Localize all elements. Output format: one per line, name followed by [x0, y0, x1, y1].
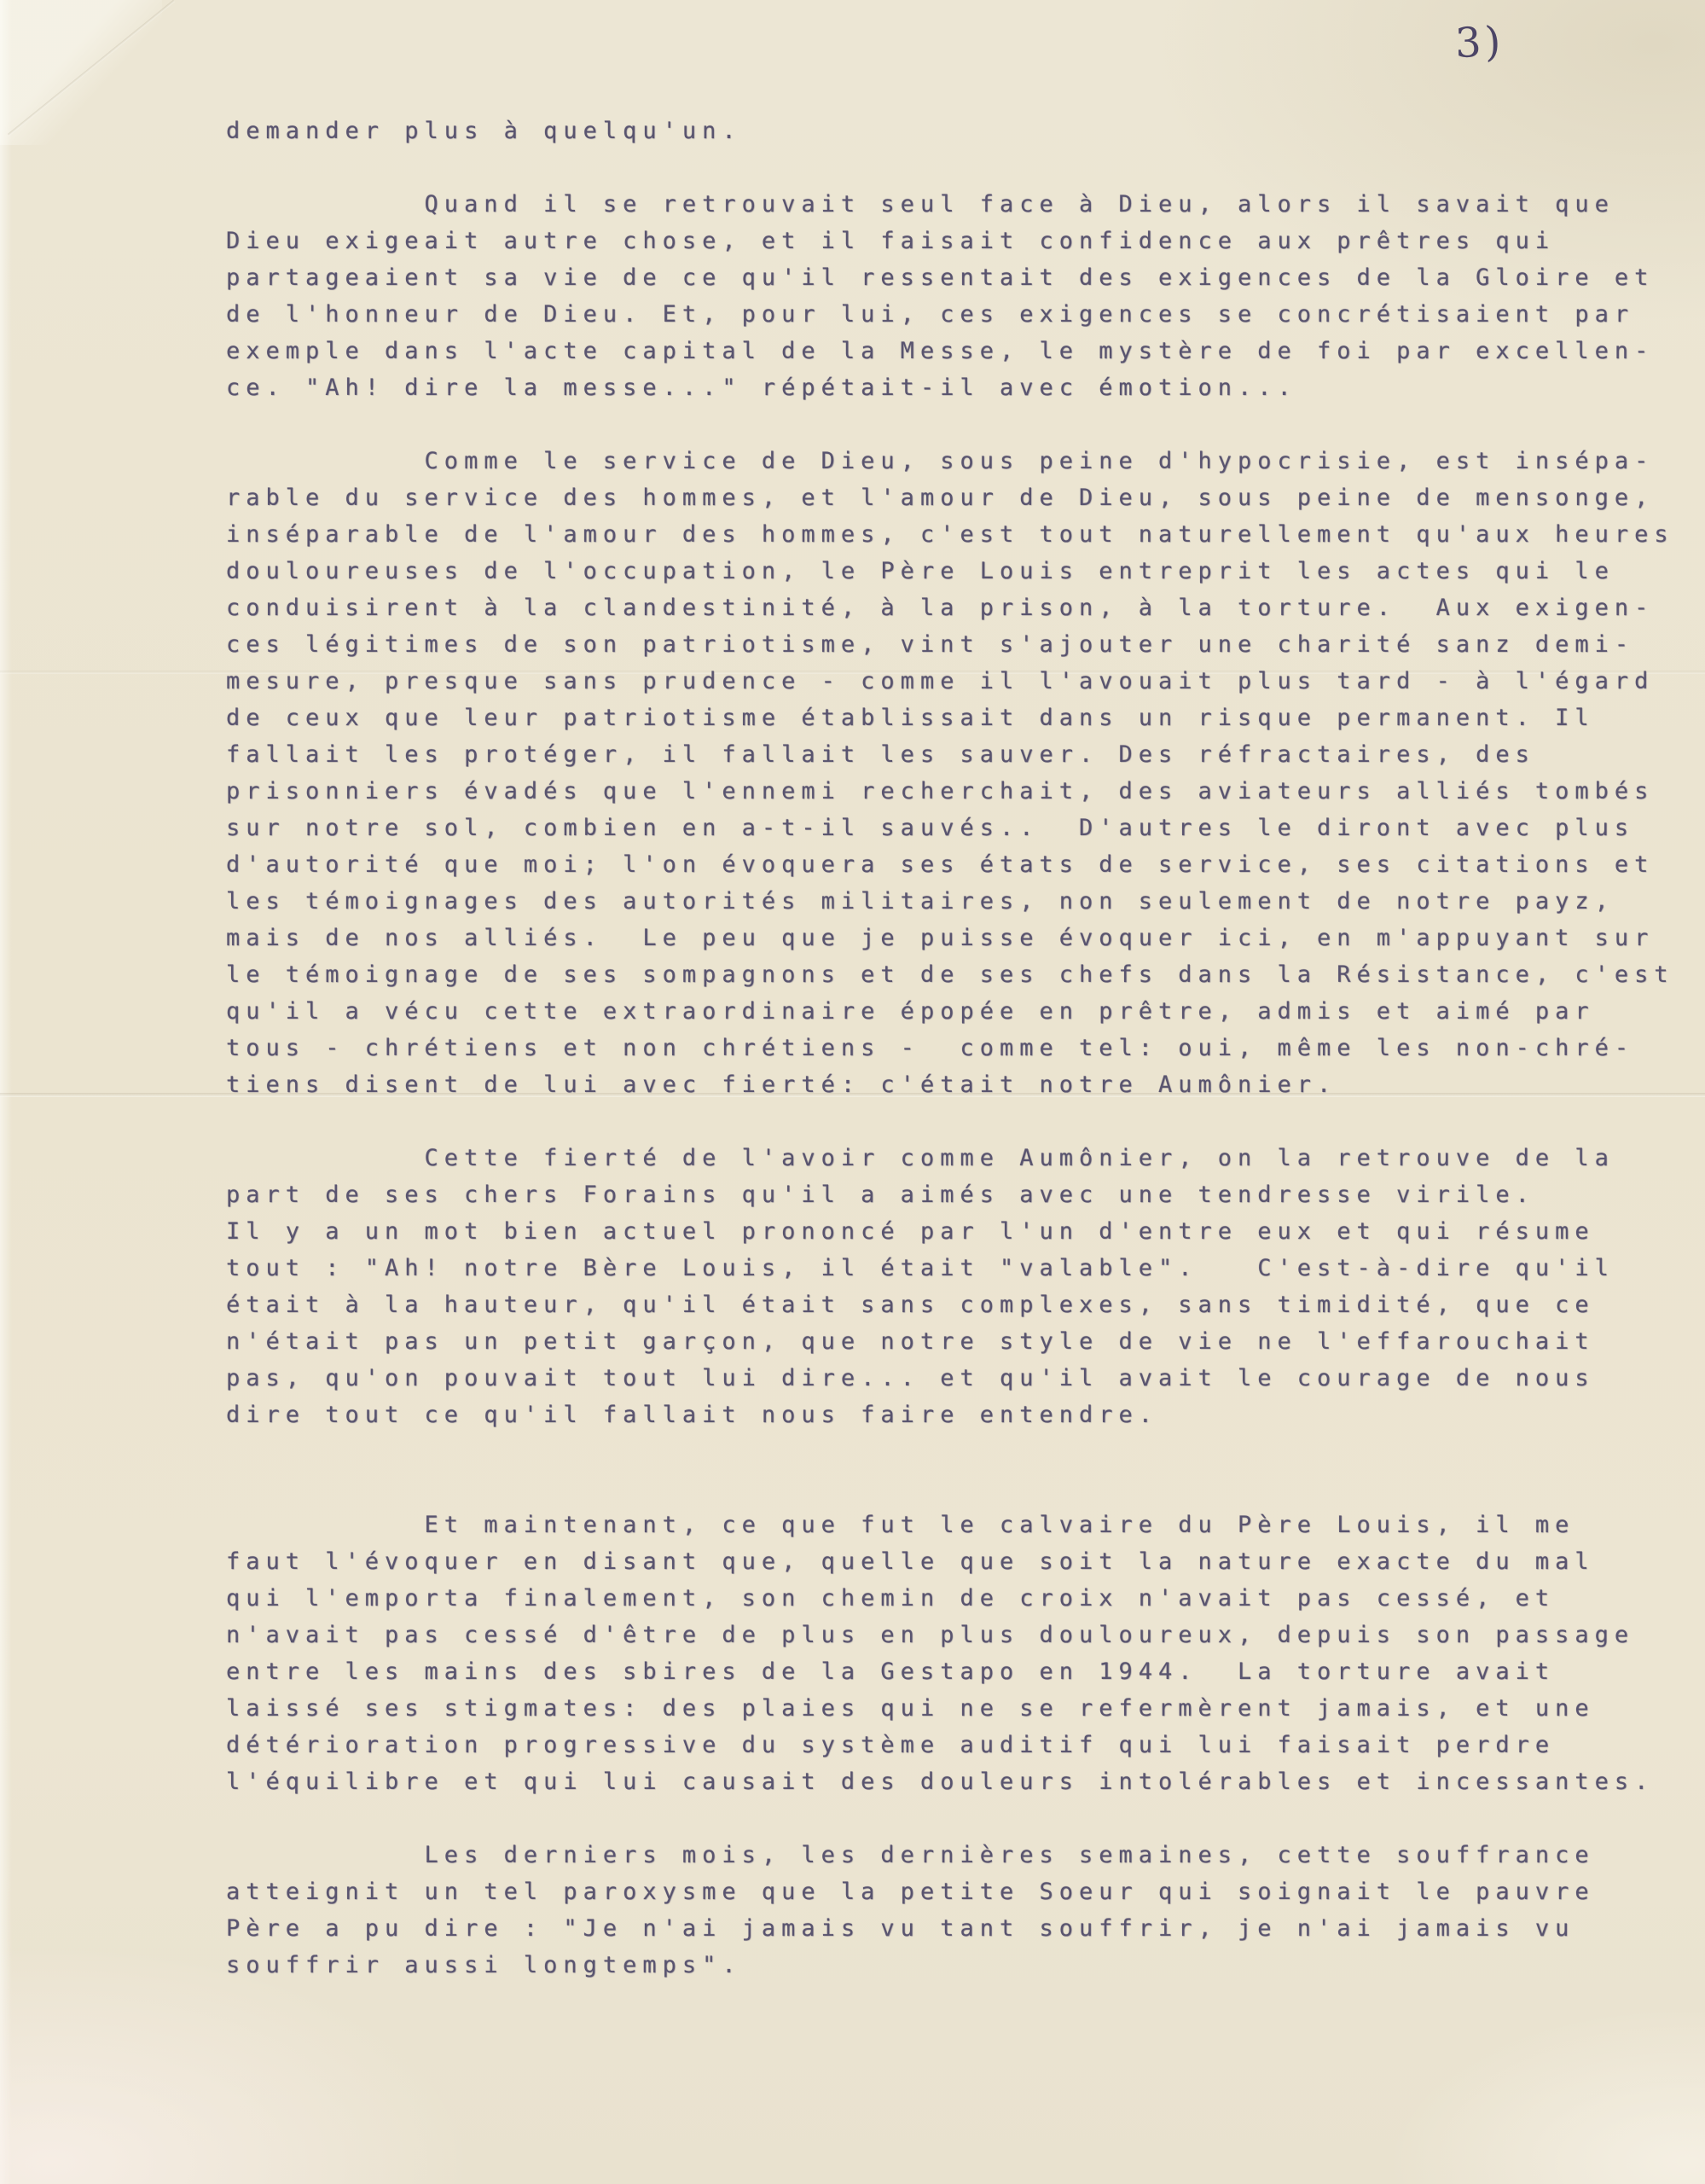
paragraph-comme-le-service-de-dieu: Comme le service de Dieu, sous peine d'h… [226, 443, 1705, 1103]
handwritten-page-number: 3) [1454, 18, 1505, 67]
typewritten-text-block: demander plus à quelqu'un. Quand il se r… [226, 113, 1705, 2020]
paragraph-cette-fierte: Cette fierté de l'avoir comme Aumônier, … [226, 1140, 1705, 1433]
paper-corner-fold-highlight [0, 0, 162, 145]
paragraph-continuation: demander plus à quelqu'un. [226, 113, 1705, 149]
paragraph-et-maintenant: Et maintenant, ce que fut le calvaire du… [226, 1507, 1705, 1800]
paper-crease-diagonal [8, 0, 175, 136]
paragraph-quand-il-se-retrouvait: Quand il se retrouvait seul face à Dieu,… [226, 186, 1705, 406]
scanned-letter-page: 3) demander plus à quelqu'un. Quand il s… [0, 0, 1705, 2184]
paragraph-les-derniers-mois: Les derniers mois, les dernières semaine… [226, 1837, 1705, 1984]
